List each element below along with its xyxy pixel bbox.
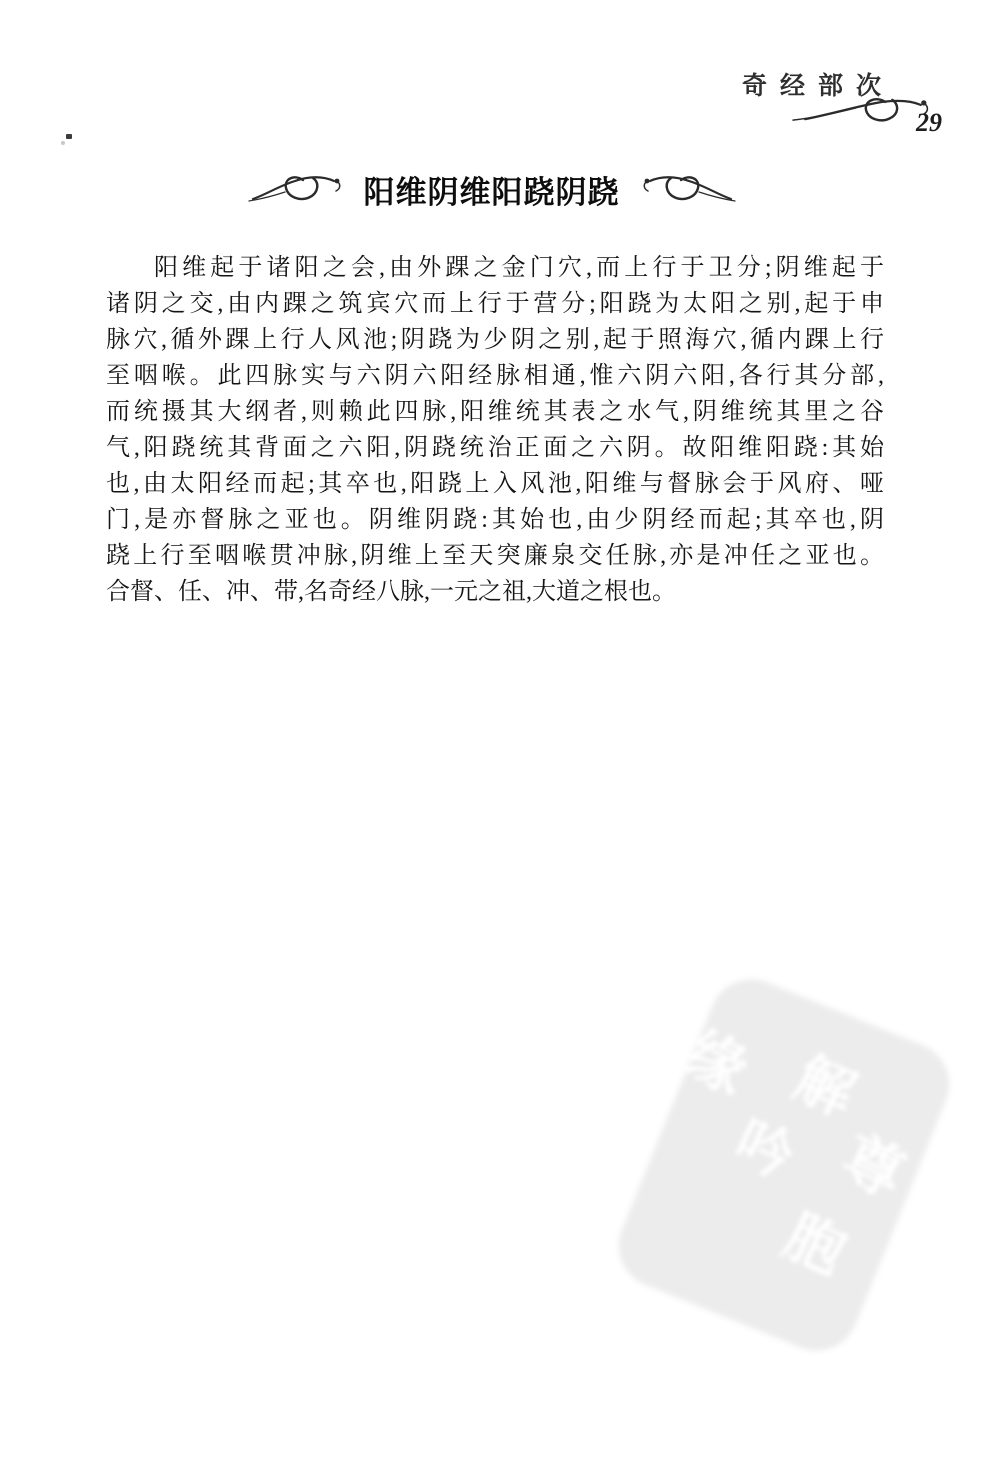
title-left-flourish-ornament [246,166,348,212]
body-line: 气,阳跷统其背面之六阳,阴跷统治正面之六阴。故阳维阳跷:其始 [106,430,884,466]
page-number: 29 [916,108,942,138]
body-line: 阳维起于诸阳之会,由外踝之金门穴,而上行于卫分;阴维起于 [106,250,884,286]
title-right-flourish-ornament [636,166,738,212]
body-paragraph: 阳维起于诸阳之会,由外踝之金门穴,而上行于卫分;阴维起于 诸阴之交,由内踝之筑宾… [106,250,884,610]
scan-speck-artifact [66,134,72,139]
body-line: 门,是亦督脉之亚也。阴维阴跷:其始也,由少阴经而起;其卒也,阴 [106,502,884,538]
book-page: 奇经部次 29 阳维阴维阳跷阴跷 阳维起于诸阳之会,由外踝之金门穴,而上行于卫分… [0,0,983,1470]
body-line: 合督、任、冲、带,名奇经八脉,一元之祖,大道之根也。 [106,574,884,610]
body-line: 也,由太阳经而起;其卒也,阳跷上入风池,阳维与督脉会于风府、哑 [106,466,884,502]
section-title-row: 阳维阴维阳跷阴跷 [0,166,983,212]
body-line: 而统摄其大纲者,则赖此四脉,阳维统其表之水气,阴维统其里之谷 [106,394,884,430]
body-line: 至咽喉。此四脉实与六阴六阳经脉相通,惟六阴六阳,各行其分部, [106,358,884,394]
pdg-watermark-label: PDG [893,1212,953,1256]
body-line: 诸阴之交,由内踝之筑宾穴而上行于营分;阳跷为太阳之别,起于申 [106,286,884,322]
scan-speck-artifact [61,141,65,145]
section-title: 阳维阴维阳跷阴跷 [364,167,620,212]
body-line: 脉穴,循外踝上行人风池;阴跷为少阴之别,起于照海穴,循内踝上行 [106,322,884,358]
body-line: 跷上行至咽喉贯冲脉,阴维上至天突廉泉交任脉,亦是冲任之亚也。 [106,538,884,574]
